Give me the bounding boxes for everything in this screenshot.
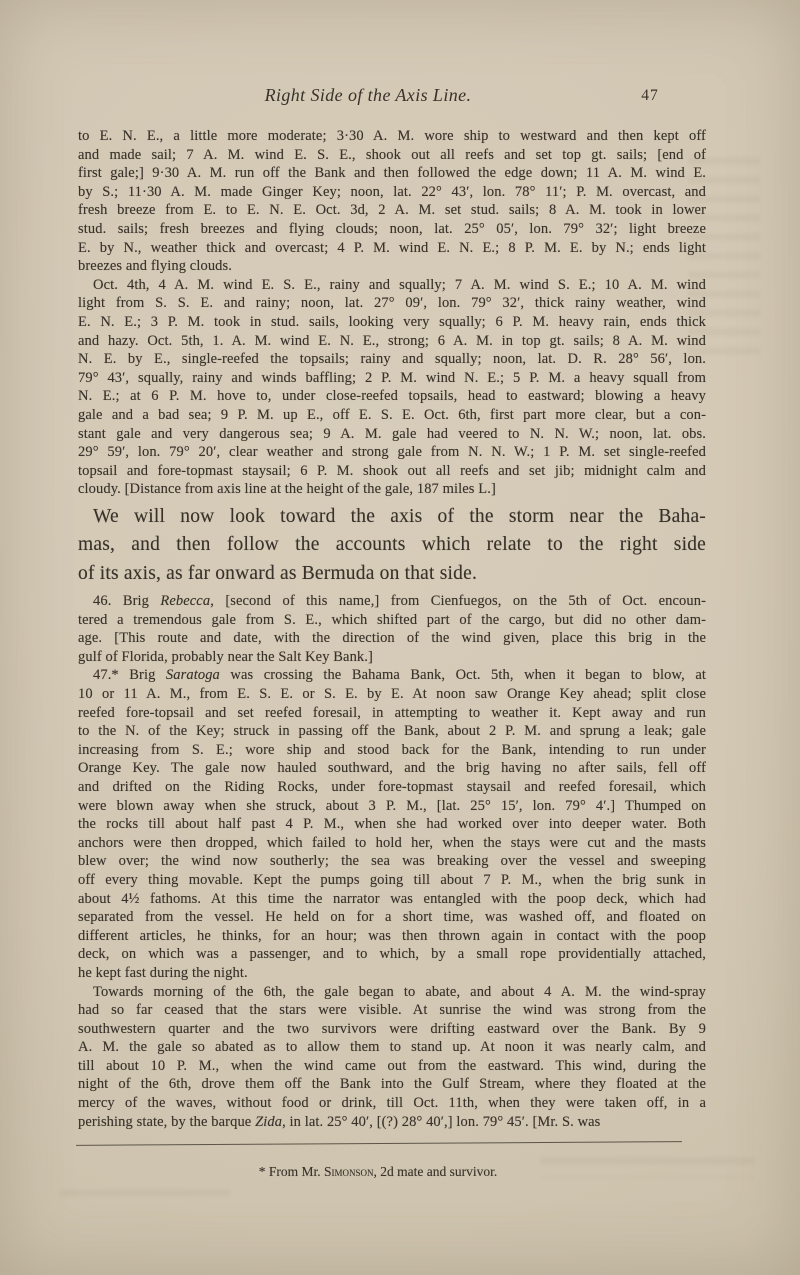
text-line: reefed fore-topsail and set reefed fores… xyxy=(78,704,706,723)
text-line: We will now look toward the axis of the … xyxy=(78,503,706,531)
page-body: to E. N. E., a little more moderate; 3·3… xyxy=(78,127,706,1131)
text-line: E. by N., weather thick and overcast; 4 … xyxy=(78,239,706,258)
text-line: to the N. of the Key; struck in passing … xyxy=(78,722,706,741)
text-line: gale and a bad sea; 9 P. M. up E., off E… xyxy=(78,406,706,425)
text-line: stant gale and very dangerous sea; 9 A. … xyxy=(78,425,706,444)
text-line: cloudy. [Distance from axis line at the … xyxy=(78,480,706,499)
text-line: A. M. the gale so abated as to allow the… xyxy=(78,1038,706,1057)
text-line: and hazy. Oct. 5th, 1. A. M. wind E. N. … xyxy=(78,332,706,351)
text-line: age. [This route and date, with the dire… xyxy=(78,629,706,648)
text-line: the rocks till about half past 4 P. M., … xyxy=(78,815,706,834)
text-line: mas, and then follow the accounts which … xyxy=(78,531,706,559)
text-line: 47.* Brig Saratoga was crossing the Baha… xyxy=(78,666,706,685)
text-line: anchors were then dropped, which failed … xyxy=(78,834,706,853)
text-line: and made sail; 7 A. M. wind E. S. E., sh… xyxy=(78,146,706,165)
text-line: N. E. by E., single-reefed the topsails;… xyxy=(78,350,706,369)
paragraph: Oct. 4th, 4 A. M. wind E. S. E., rainy a… xyxy=(78,276,706,499)
text-line: blew over; the wind now southerly; the s… xyxy=(78,852,706,871)
show-through-smudge xyxy=(688,150,760,360)
text-line: deck, on which was a passenger, and to w… xyxy=(78,945,706,964)
text-line: had so far ceased that the stars were vi… xyxy=(78,1001,706,1020)
text-line: about 4½ fathoms. At this time the narra… xyxy=(78,890,706,909)
text-line: were blown away when she struck, about 3… xyxy=(78,797,706,816)
text-line: till about 10 P. M., when the wind came … xyxy=(78,1057,706,1076)
paragraph: Towards morning of the 6th, the gale beg… xyxy=(78,983,706,1132)
text-line: 46. Brig Rebecca, [second of this name,]… xyxy=(78,592,706,611)
text-line: first gale;] 9·30 A. M. run off the Bank… xyxy=(78,164,706,183)
text-line: night of the 6th, drove them off the Ban… xyxy=(78,1075,706,1094)
text-line: mercy of the waves, without food or drin… xyxy=(78,1094,706,1113)
text-line: 29° 59′, lon. 79° 20′, clear weather and… xyxy=(78,443,706,462)
text-line: E. N. E.; 3 P. M. took in stud. sails, l… xyxy=(78,313,706,332)
text-line: stud. sails; fresh breezes and flying cl… xyxy=(78,220,706,239)
text-line: separated from the vessel. He held on fo… xyxy=(78,908,706,927)
text-line: Oct. 4th, 4 A. M. wind E. S. E., rainy a… xyxy=(78,276,706,295)
text-line: N. E.; at 6 P. M. hove to, under close-r… xyxy=(78,387,706,406)
footnote-rule xyxy=(76,1141,682,1146)
text-line: gulf of Florida, probably near the Salt … xyxy=(78,648,706,667)
text-line: breezes and flying clouds. xyxy=(78,257,706,276)
show-through-smudge xyxy=(540,1150,755,1178)
text-line: Orange Key. The gale now hauled southwar… xyxy=(78,759,706,778)
text-line: by S.; 11·30 A. M. made Ginger Key; noon… xyxy=(78,183,706,202)
text-line: 79° 43′, squally, rainy and winds baffli… xyxy=(78,369,706,388)
text-line: Towards morning of the 6th, the gale beg… xyxy=(78,983,706,1002)
text-line: increasing from S. E.; wore ship and sto… xyxy=(78,741,706,760)
paragraph: 46. Brig Rebecca, [second of this name,]… xyxy=(78,592,706,666)
book-page: Right Side of the Axis Line. 47 to E. N.… xyxy=(0,0,800,1275)
text-line: of its axis, as far onward as Bermuda on… xyxy=(78,560,706,588)
show-through-smudge xyxy=(60,1182,230,1198)
text-line: fresh breeze from E. to E. N. E. Oct. 3d… xyxy=(78,201,706,220)
text-line: he kept fast during the night. xyxy=(78,964,706,983)
text-line: perishing state, by the barque Zida, in … xyxy=(78,1113,706,1132)
text-line: and drifted on the Riding Rocks, under f… xyxy=(78,778,706,797)
text-line: to E. N. E., a little more moderate; 3·3… xyxy=(78,127,706,146)
text-line: topsail and fore-topmast staysail; 6 P. … xyxy=(78,462,706,481)
paragraph: 47.* Brig Saratoga was crossing the Baha… xyxy=(78,666,706,982)
running-header-title: Right Side of the Axis Line. xyxy=(63,85,673,106)
text-line: different articles, he thinks, for an ho… xyxy=(78,927,706,946)
text-line: tered a tremendous gale from S. E., whic… xyxy=(78,611,706,630)
text-line: off every thing movable. Kept the pumps … xyxy=(78,871,706,890)
paragraph: to E. N. E., a little more moderate; 3·3… xyxy=(78,127,706,276)
text-line: southwestern quarter and the two survivo… xyxy=(78,1020,706,1039)
page-number: 47 xyxy=(600,87,700,105)
paragraph: We will now look toward the axis of the … xyxy=(78,503,706,588)
text-line: light from S. S. E. and rainy; noon, lat… xyxy=(78,294,706,313)
text-line: 10 or 11 A. M., from E. S. E. or S. E. b… xyxy=(78,685,706,704)
